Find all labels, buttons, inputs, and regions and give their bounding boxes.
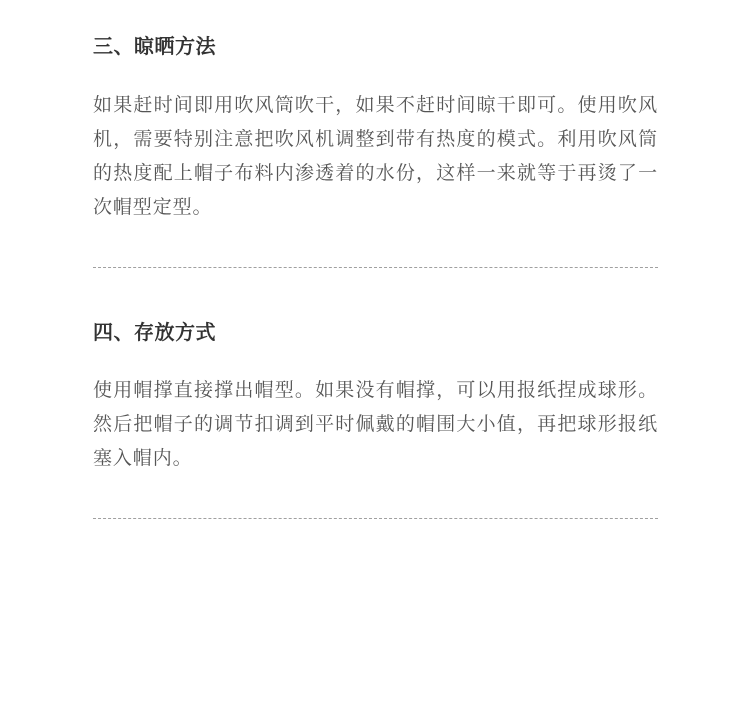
dashed-divider (93, 267, 658, 268)
dashed-divider (93, 518, 658, 519)
section-body-storage-method: 使用帽撑直接撑出帽型。如果没有帽撑，可以用报纸捏成球形。然后把帽子的调节扣调到平… (93, 373, 658, 475)
section-body-drying-method: 如果赶时间即用吹风筒吹干，如果不赶时间晾干即可。使用吹风机，需要特别注意把吹风机… (93, 88, 658, 224)
section-title-storage-method: 四、存放方式 (93, 318, 216, 346)
section-title-drying-method: 三、晾晒方法 (93, 32, 216, 60)
